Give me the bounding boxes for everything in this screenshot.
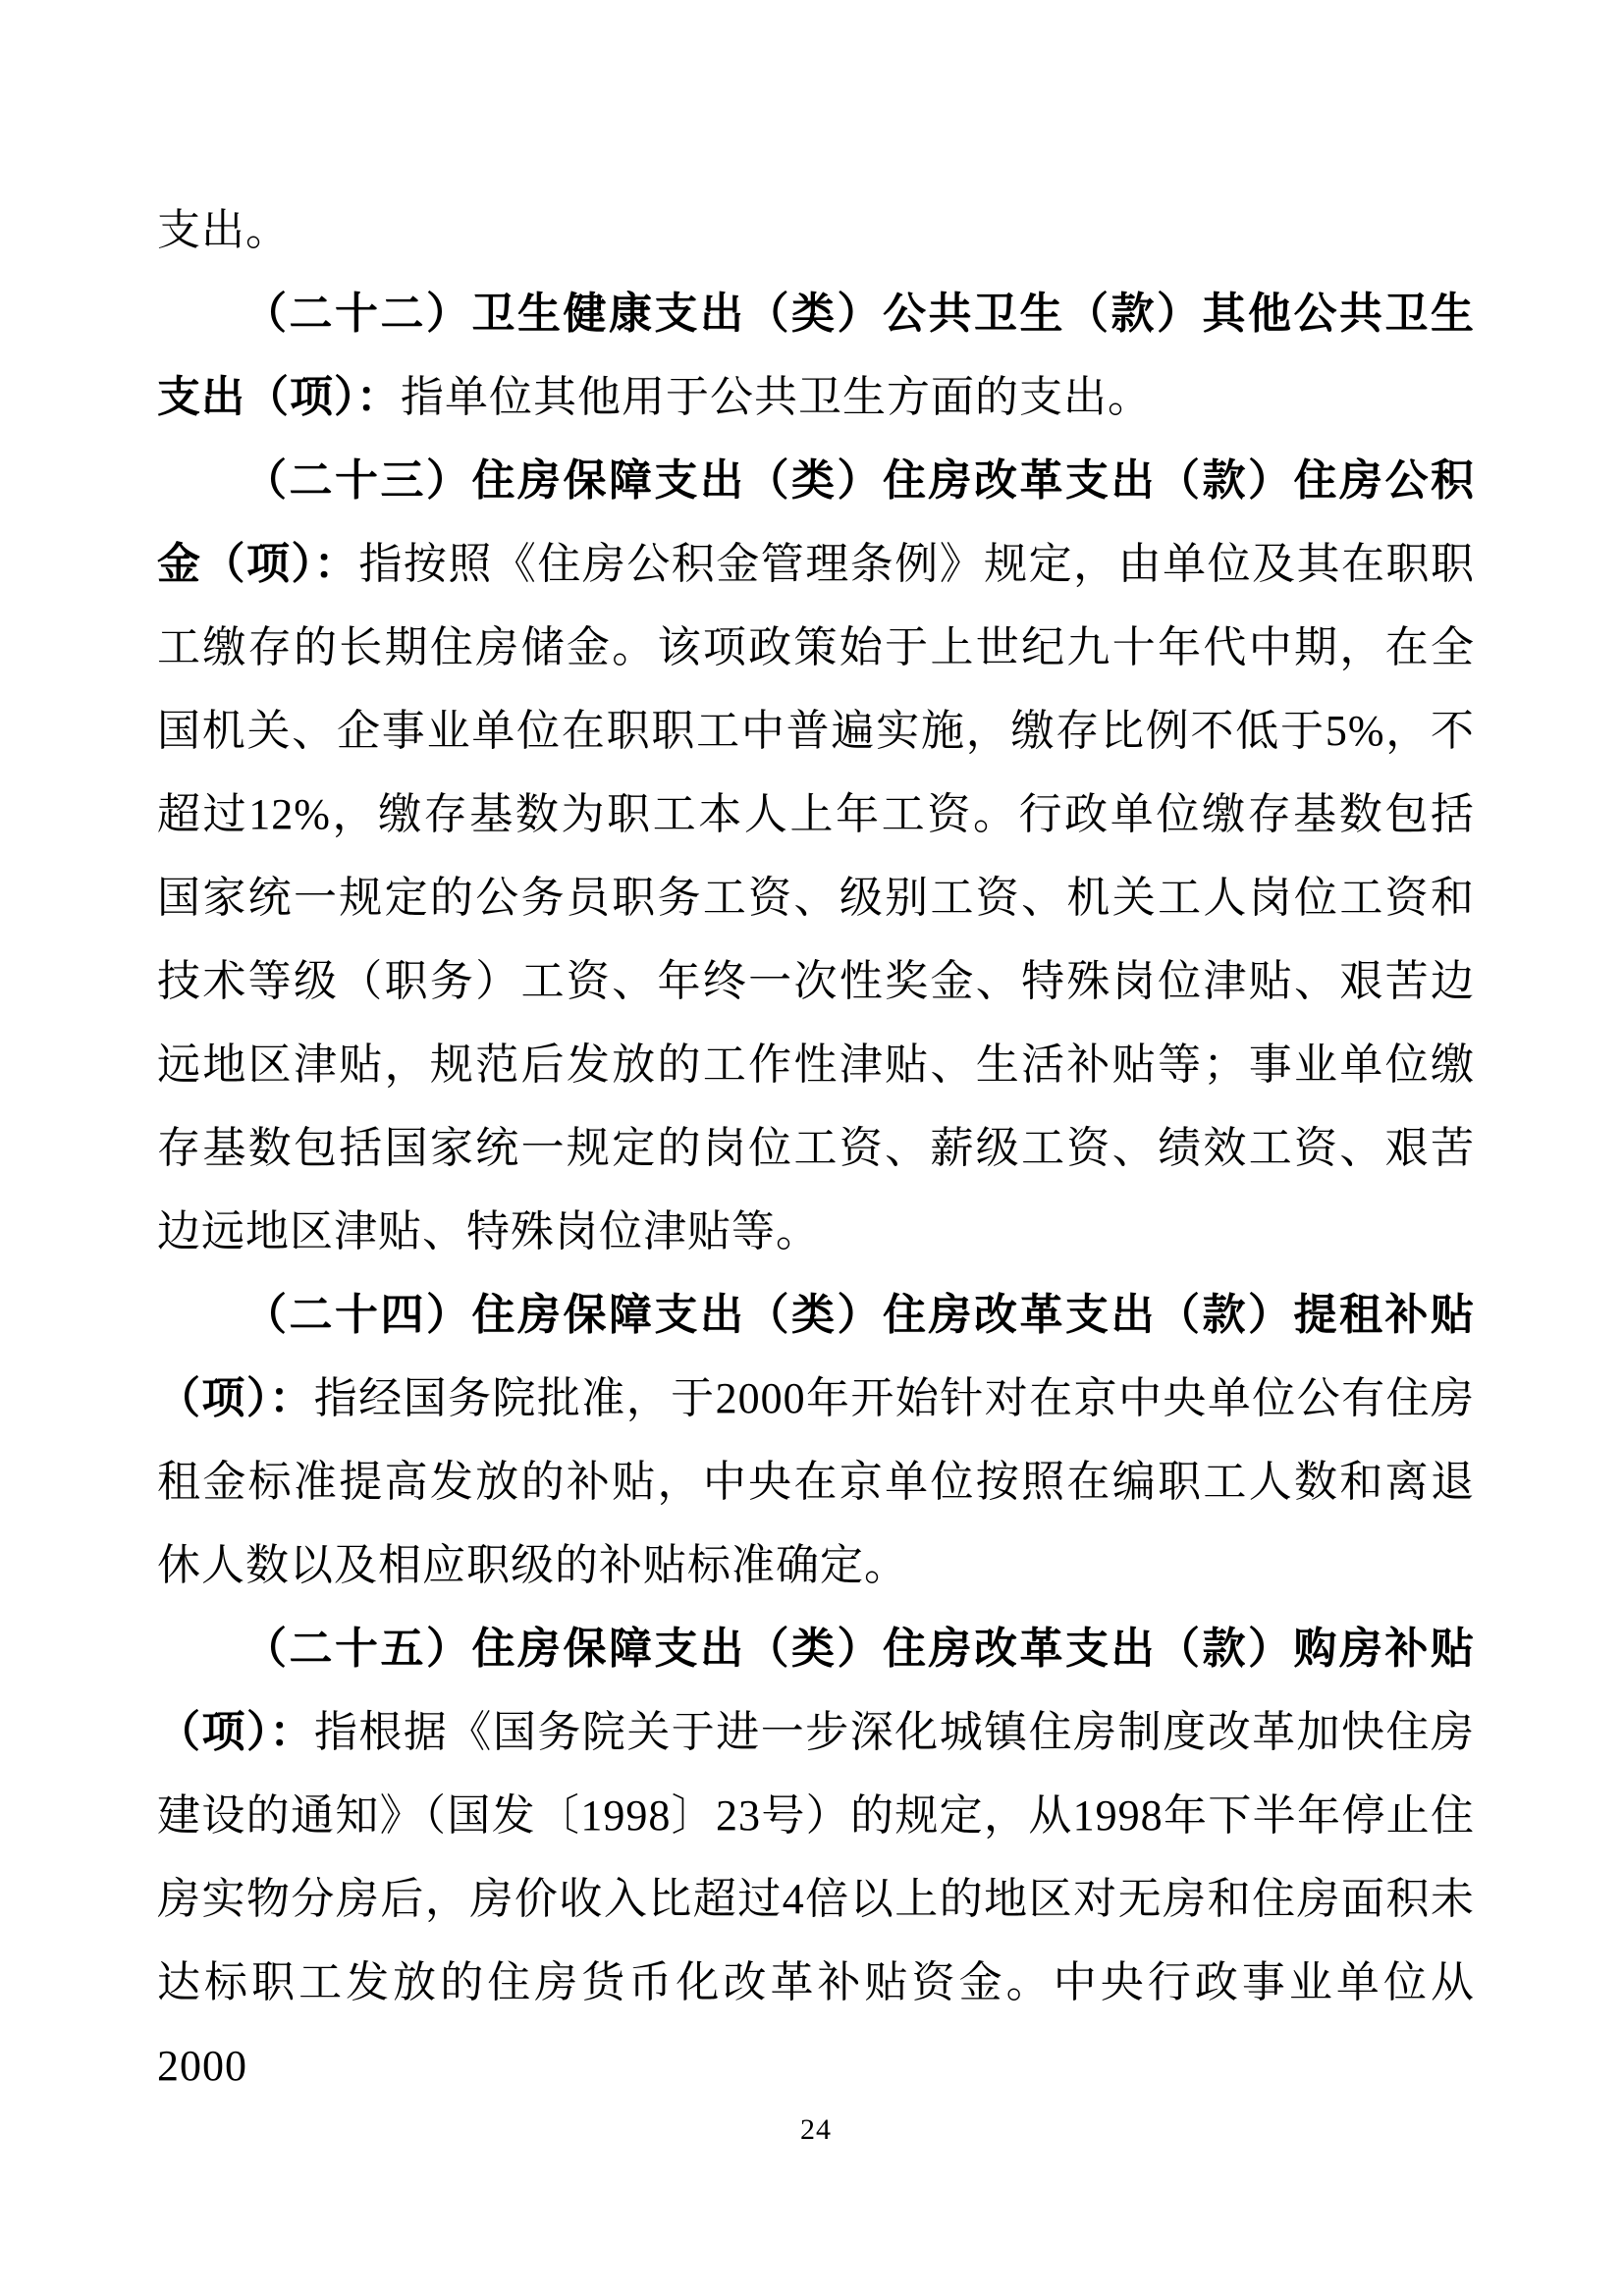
paragraph-body: 指经国务院批准，于2000年开始针对在京中央单位公有住房租金标准提高发放的补贴，… [157,1374,1475,1589]
paragraph-item-22: （二十二）卫生健康支出（类）公共卫生（款）其他公共卫生支出（项）：指单位其他用于… [157,272,1475,439]
paragraph-body: 支出。 [157,206,290,254]
paragraph-body: 指按照《住房公积金管理条例》规定，由单位及其在职职工缴存的长期住房储金。该项政策… [157,540,1475,1255]
paragraph-item-25: （二十五）住房保障支出（类）住房改革支出（款）购房补贴（项）：指根据《国务院关于… [157,1607,1475,2108]
paragraph-body: 指单位其他用于公共卫生方面的支出。 [401,373,1152,421]
paragraph-item-23: （二十三）住房保障支出（类）住房改革支出（款）住房公积金（项）：指按照《住房公积… [157,439,1475,1273]
paragraph-item-24: （二十四）住房保障支出（类）住房改革支出（款）提租补贴（项）：指经国务院批准，于… [157,1273,1475,1607]
document-page: 支出。 （二十二）卫生健康支出（类）公共卫生（款）其他公共卫生支出（项）：指单位… [0,0,1624,2296]
document-body: 支出。 （二十二）卫生健康支出（类）公共卫生（款）其他公共卫生支出（项）：指单位… [157,188,1475,2108]
paragraph-body: 指根据《国务院关于进一步深化城镇住房制度改革加快住房建设的通知》（国发〔1998… [157,1708,1475,2090]
page-number: 24 [157,2110,1475,2150]
paragraph-continuation: 支出。 [157,188,1475,272]
